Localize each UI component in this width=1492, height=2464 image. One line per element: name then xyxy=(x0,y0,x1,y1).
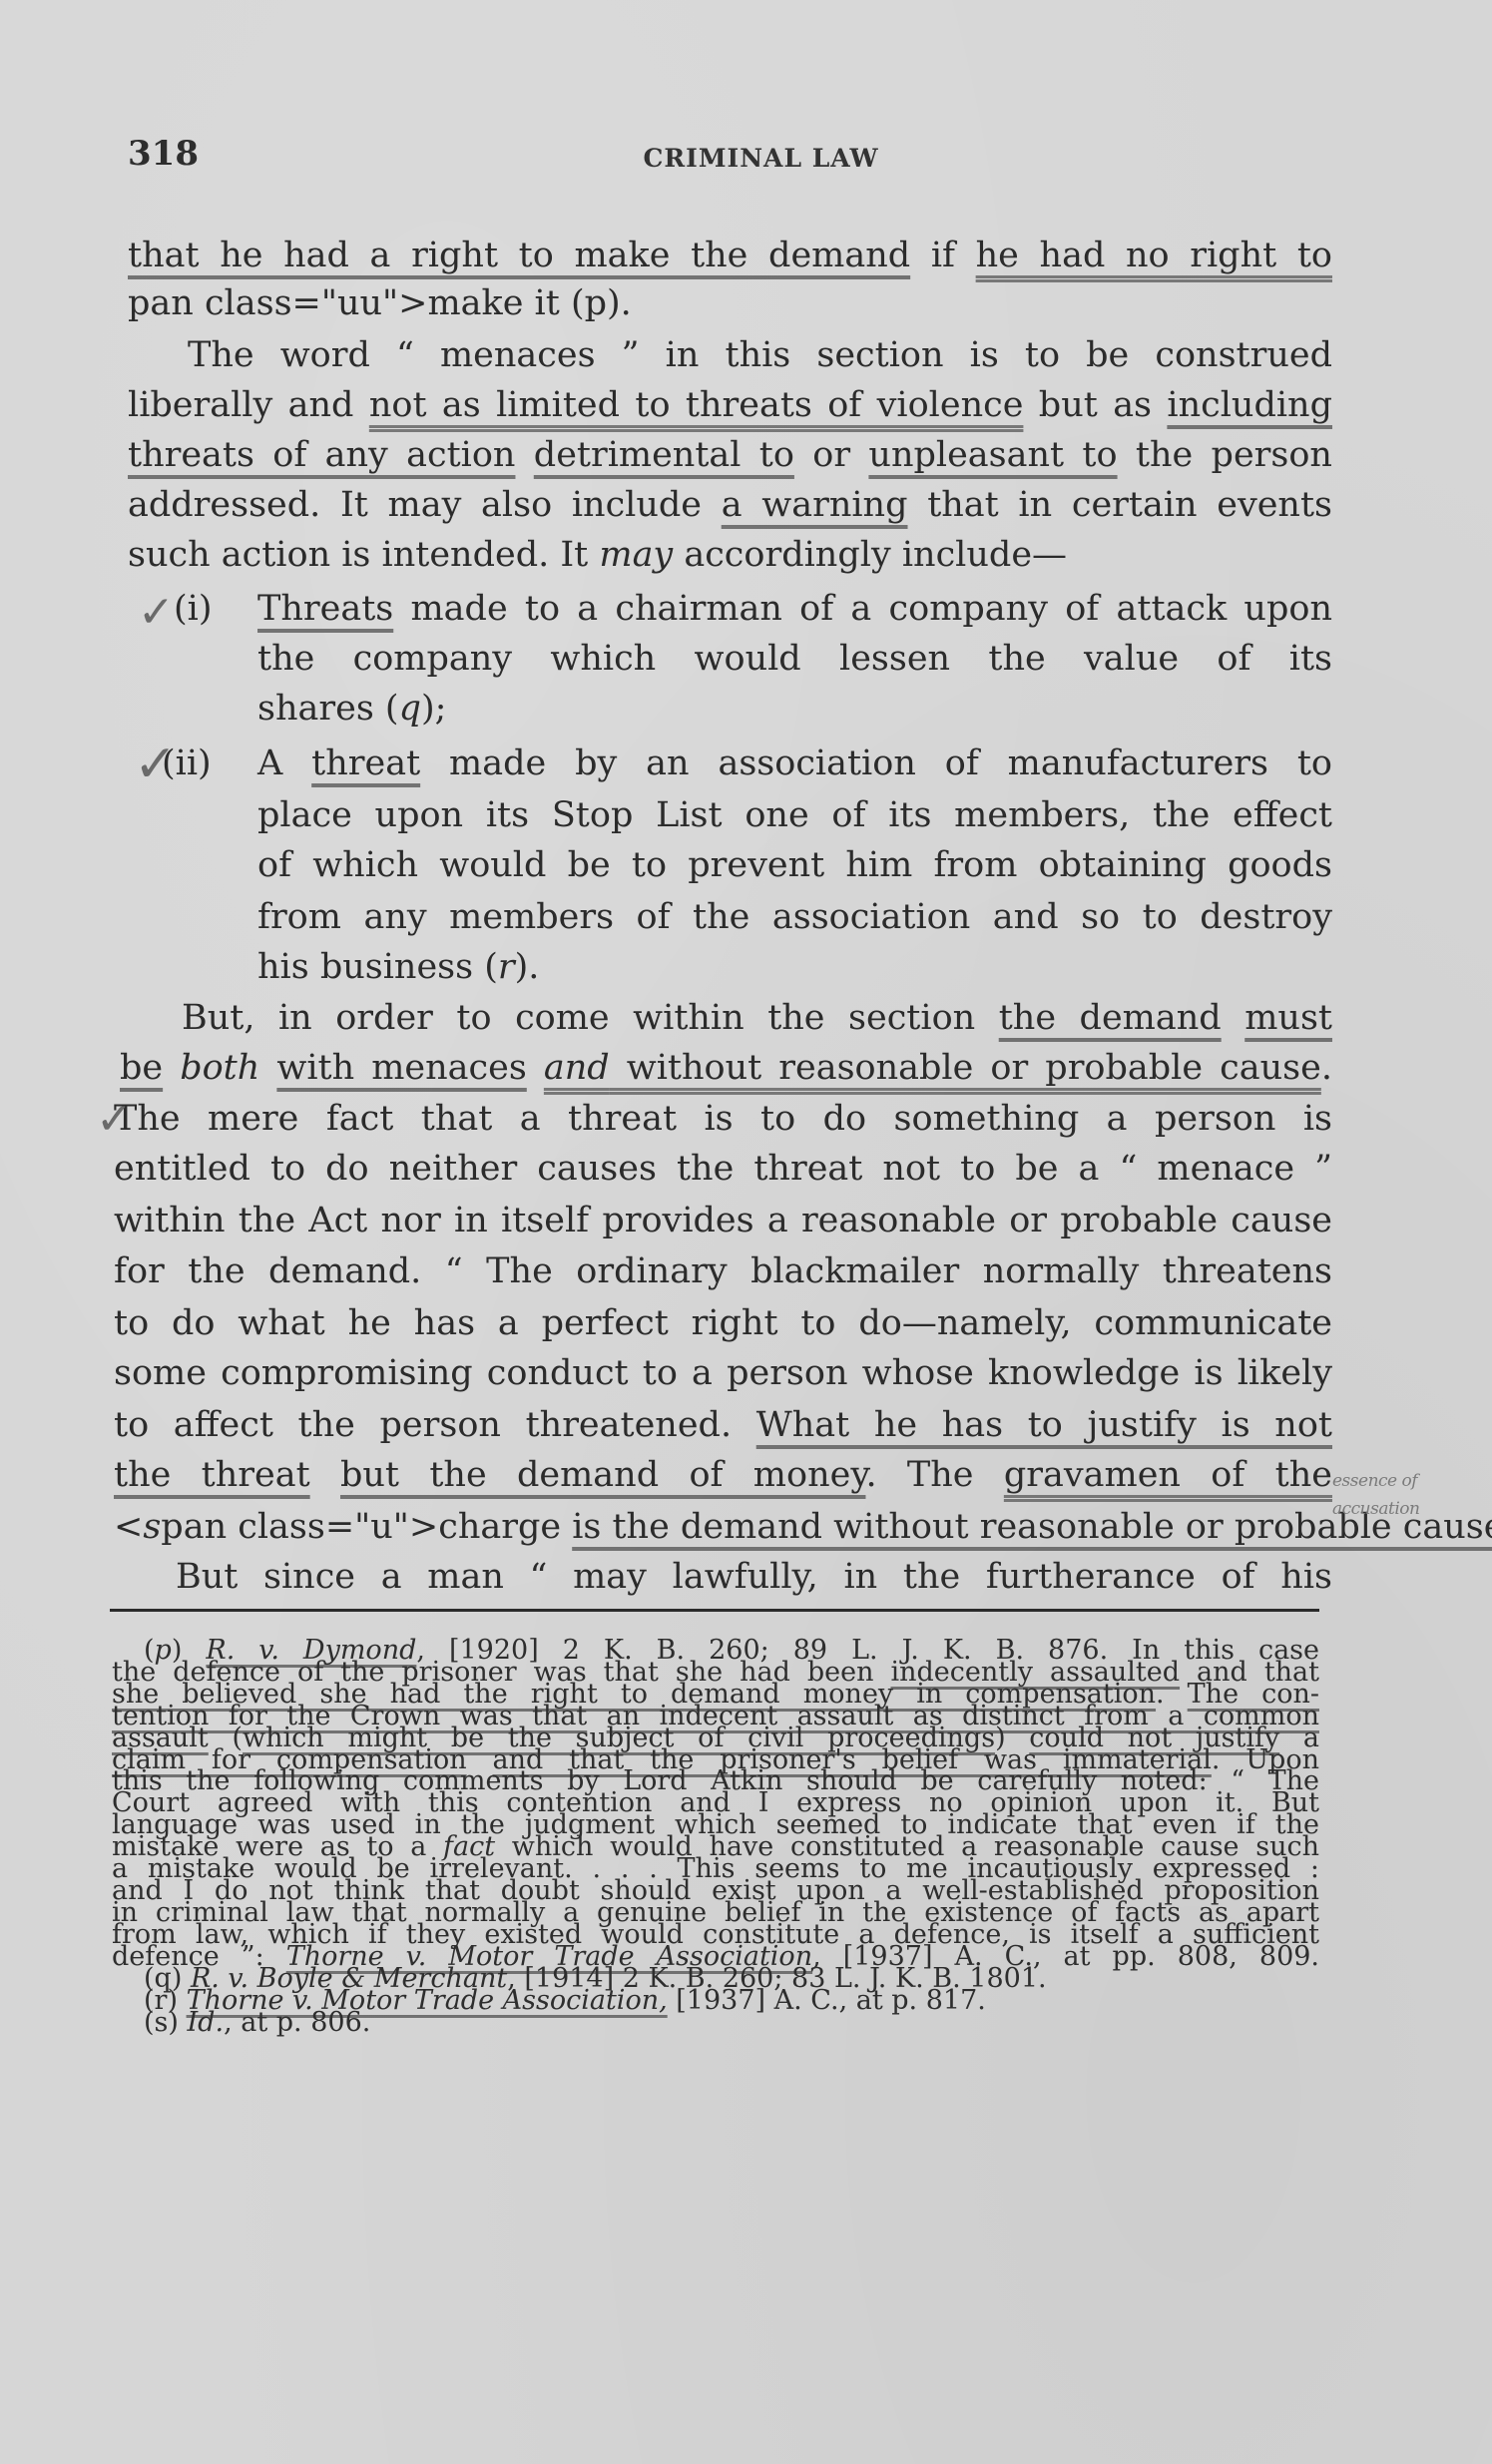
paragraph-line: <span class="u">charge is the demand wit… xyxy=(114,1507,1332,1547)
paragraph-line: that he had a right to make the demand i… xyxy=(128,236,1332,275)
scanned-page: 318 CRIMINAL LAW that he had a right to … xyxy=(0,0,1492,2464)
footnote-divider xyxy=(110,1609,1319,1612)
paragraph-line: to affect the person threatened. What he… xyxy=(114,1405,1332,1445)
footnote-s: (s) Id., at p. 806. xyxy=(144,2007,1042,2038)
paragraph-line: liberally and not as limited to threats … xyxy=(128,385,1332,425)
margin-note: accusation xyxy=(1332,1499,1419,1519)
list-item-line: the company which would lessen the value… xyxy=(257,639,1332,679)
paragraph-line: such action is intended. It may accordin… xyxy=(128,535,1332,575)
paragraph-line: pan class="uu">make it (p). xyxy=(128,283,1332,323)
list-item-line: place upon its Stop List one of its memb… xyxy=(257,795,1332,835)
paragraph-line: be both with menaces and without reasona… xyxy=(120,1048,1332,1088)
paragraph-line: to do what he has a perfect right to do—… xyxy=(114,1303,1332,1343)
list-item-line: A threat made by an association of manuf… xyxy=(257,743,1332,783)
list-item-line: from any members of the association and … xyxy=(257,897,1332,937)
paragraph-line: addressed. It may also include a warning… xyxy=(128,485,1332,525)
margin-note: essence of xyxy=(1332,1471,1417,1491)
pencil-check-icon: ✓ xyxy=(138,587,175,638)
paragraph-line: within the Act nor in itself provides a … xyxy=(114,1201,1332,1240)
list-item-line: shares (q); xyxy=(257,689,1332,729)
paragraph-line: But, in order to come within the section… xyxy=(182,998,1332,1038)
pencil-check-icon: ✓ xyxy=(134,735,178,794)
paragraph-line: some compromising conduct to a person wh… xyxy=(114,1353,1332,1393)
paragraph-line: But since a man “ may lawfully, in the f… xyxy=(176,1557,1332,1597)
paragraph-line: threats of any action detrimental to or … xyxy=(128,435,1332,475)
list-item-line: Threats made to a chairman of a company … xyxy=(257,589,1332,629)
paragraph-line: for the demand. “ The ordinary blackmail… xyxy=(114,1251,1332,1291)
list-item-line: his business (r). xyxy=(257,947,1332,987)
paragraph-line: The word “ menaces ” in this section is … xyxy=(188,335,1332,375)
paragraph-line: entitled to do neither causes the threat… xyxy=(114,1149,1332,1189)
pencil-check-icon: ✓ xyxy=(96,1094,133,1145)
running-title: CRIMINAL LAW xyxy=(0,144,1492,173)
paragraph-line: the threat but the demand of money. The … xyxy=(114,1455,1332,1495)
list-marker: (i) xyxy=(174,589,213,629)
paragraph-line: The mere fact that a threat is to do som… xyxy=(114,1099,1332,1139)
list-item-line: of which would be to prevent him from ob… xyxy=(257,845,1332,885)
